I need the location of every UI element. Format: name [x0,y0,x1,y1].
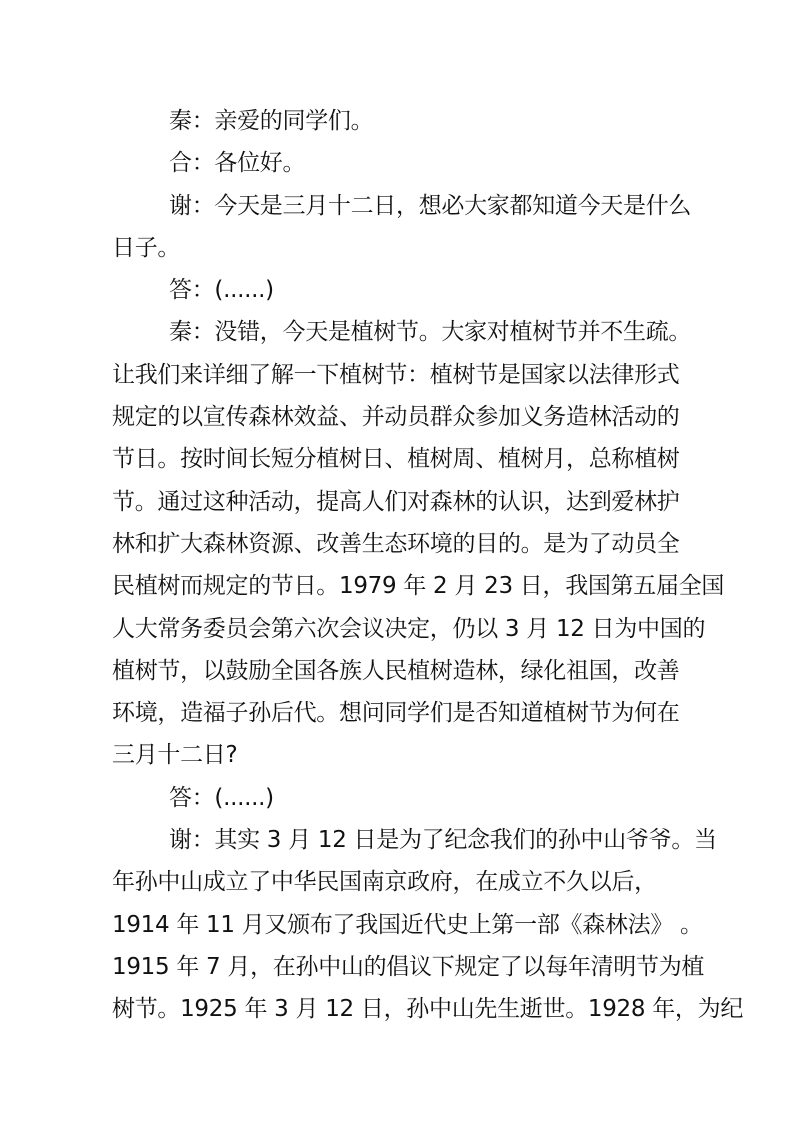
text-line: 年孙中山成立了中华民国南京政府，在成立不久以后， [112,861,712,903]
text-line: 合：各位好。 [112,142,712,184]
text-line: 三月十二日? [112,734,712,776]
document-page: 秦：亲爱的同学们。合：各位好。谢：今天是三月十二日，想必大家都知道今天是什么日子… [0,0,793,1122]
text-line: 答：(......) [112,269,712,311]
text-line: 秦：亲爱的同学们。 [112,100,712,142]
text-line: 植树节，以鼓励全国各族人民植树造林，绿化祖国，改善 [112,650,712,692]
text-line: 节日。按时间长短分植树日、植树周、植树月，总称植树 [112,438,712,480]
text-line: 答：(......) [112,777,712,819]
text-block: 秦：亲爱的同学们。合：各位好。谢：今天是三月十二日，想必大家都知道今天是什么日子… [112,100,712,1031]
text-line: 林和扩大森林资源、改善生态环境的目的。是为了动员全 [112,523,712,565]
text-line: 谢：其实 3 月 12 日是为了纪念我们的孙中山爷爷。当 [112,819,712,861]
text-line: 节。通过这种活动，提高人们对森林的认识，达到爱林护 [112,481,712,523]
text-line: 日子。 [112,227,712,269]
text-line: 民植树而规定的节日。1979 年 2 月 23 日，我国第五届全国 [112,565,712,607]
text-line: 树节。1925 年 3 月 12 日，孙中山先生逝世。1928 年，为纪 [112,988,712,1030]
text-line: 环境，造福子孙后代。想问同学们是否知道植树节为何在 [112,692,712,734]
text-line: 规定的以宣传森林效益、并动员群众参加义务造林活动的 [112,396,712,438]
text-line: 1914 年 11 月又颁布了我国近代史上第一部《森林法》 。 [112,904,712,946]
text-line: 秦：没错，今天是植树节。大家对植树节并不生疏。 [112,311,712,353]
text-line: 人大常务委员会第六次会议决定，仍以 3 月 12 日为中国的 [112,608,712,650]
text-line: 1915 年 7 月，在孙中山的倡议下规定了以每年清明节为植 [112,946,712,988]
text-line: 让我们来详细了解一下植树节：植树节是国家以法律形式 [112,354,712,396]
text-line: 谢：今天是三月十二日，想必大家都知道今天是什么 [112,185,712,227]
